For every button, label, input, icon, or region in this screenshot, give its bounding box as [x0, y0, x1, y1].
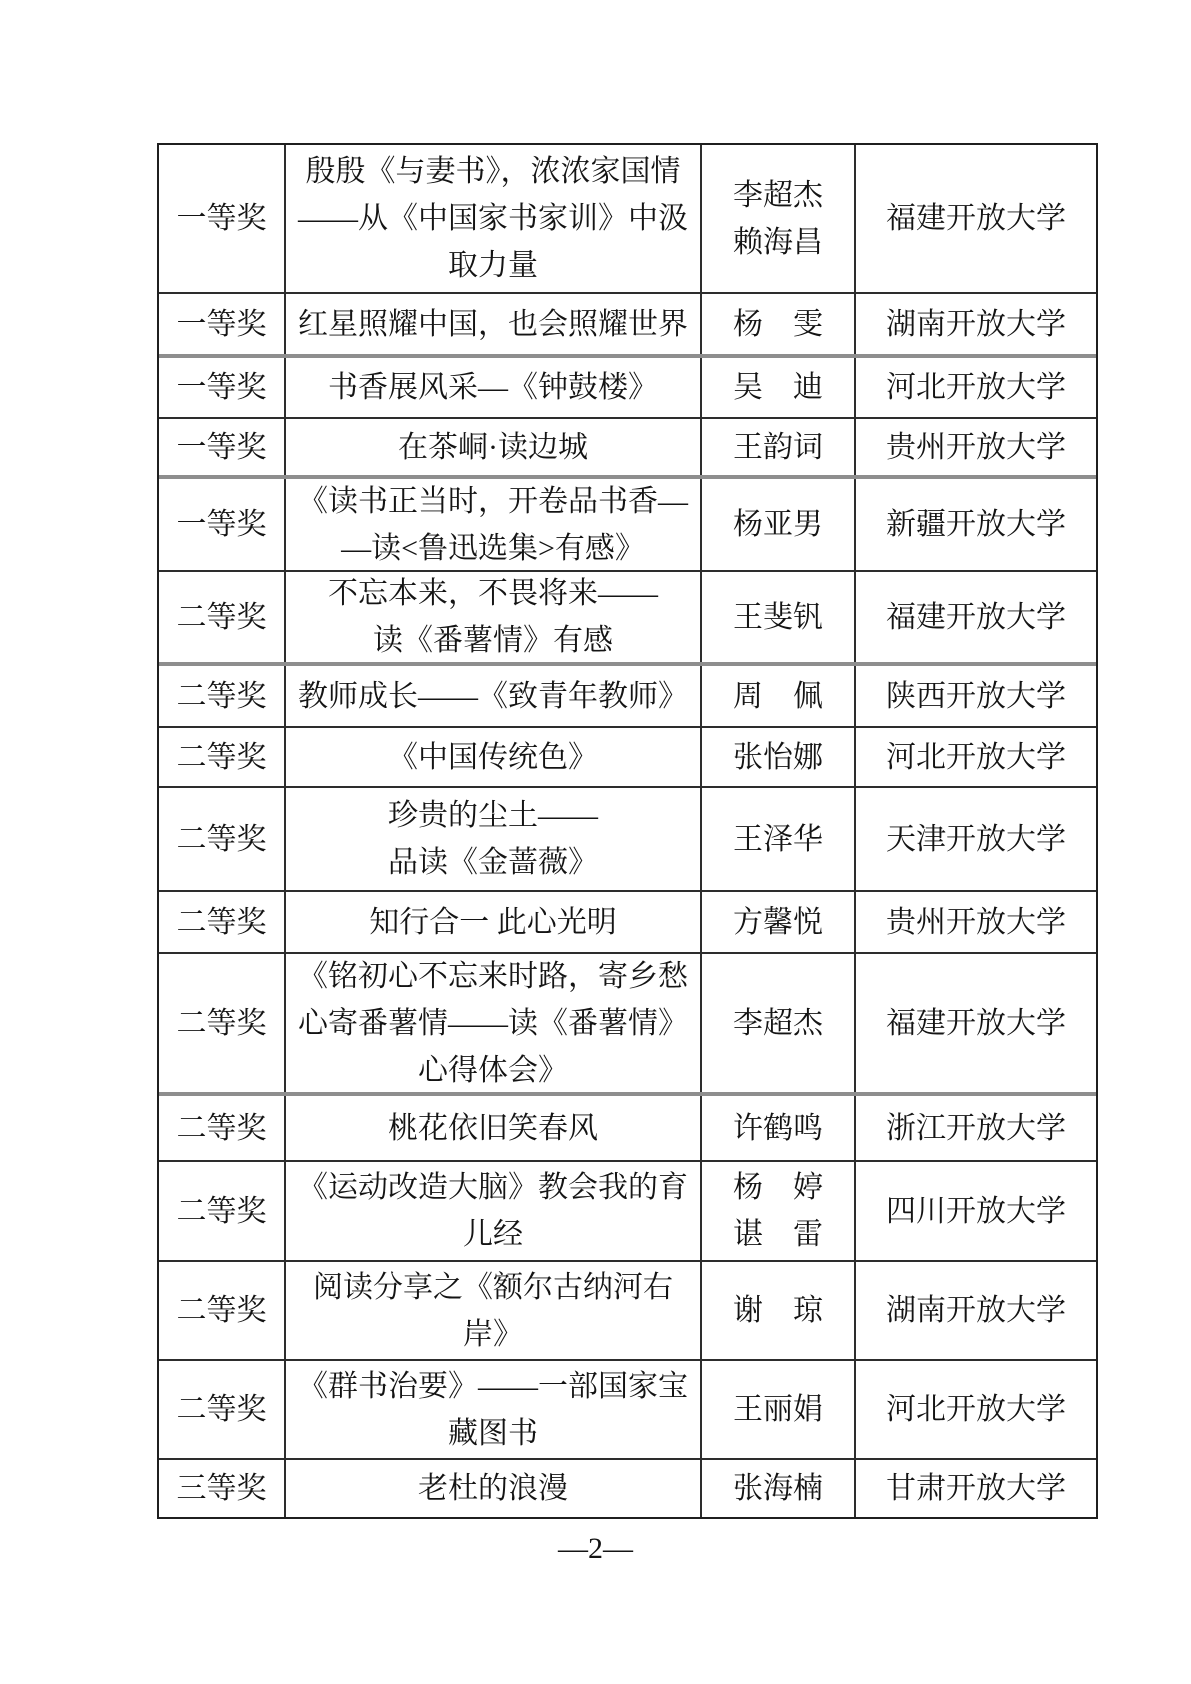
title-line: 《铭初心不忘来时路，寄乡愁 — [298, 954, 688, 1000]
title-line: 知行合一 此心光明 — [369, 899, 617, 946]
university-label: 河北开放大学 — [886, 364, 1066, 411]
award-label: 二等奖 — [177, 1000, 267, 1047]
university-label: 新疆开放大学 — [886, 501, 1066, 548]
author-cell: 王斐钒 — [702, 572, 856, 662]
author-name: 王泽华 — [733, 816, 823, 863]
university-cell: 四川开放大学 — [856, 1162, 1096, 1260]
author-cell: 李超杰赖海昌 — [702, 145, 856, 292]
title-line: 老杜的浪漫 — [418, 1465, 568, 1512]
award-cell: 二等奖 — [159, 788, 286, 890]
university-cell: 甘肃开放大学 — [856, 1460, 1096, 1517]
title-cell: 桃花依旧笑春风 — [286, 1096, 702, 1160]
award-cell: 二等奖 — [159, 892, 286, 952]
award-label: 二等奖 — [177, 1386, 267, 1433]
award-cell: 二等奖 — [159, 728, 286, 786]
university-label: 福建开放大学 — [886, 195, 1066, 242]
author-cell: 谢 琼 — [702, 1262, 856, 1359]
title-line: 心得体会》 — [418, 1047, 568, 1093]
author-cell: 周 佩 — [702, 666, 856, 726]
title-line: 读《番薯情》有感 — [373, 617, 613, 662]
university-label: 贵州开放大学 — [886, 899, 1066, 946]
award-table: 一等奖殷殷《与妻书》，浓浓家国情——从《中国家书家训》中汲取力量李超杰赖海昌福建… — [157, 143, 1098, 1519]
award-label: 二等奖 — [177, 673, 267, 720]
table-row: 二等奖知行合一 此心光明方馨悦贵州开放大学 — [159, 892, 1096, 954]
award-cell: 二等奖 — [159, 1096, 286, 1160]
author-name: 李超杰 — [733, 1000, 823, 1047]
university-label: 浙江开放大学 — [886, 1105, 1066, 1152]
author-name: 吴 迪 — [733, 364, 823, 411]
table-row: 二等奖《运动改造大脑》教会我的育儿经杨 婷谌 雷四川开放大学 — [159, 1162, 1096, 1262]
table-row: 二等奖《铭初心不忘来时路，寄乡愁心寄番薯情——读《番薯情》心得体会》李超杰福建开… — [159, 954, 1096, 1096]
table-row: 二等奖《中国传统色》张怡娜河北开放大学 — [159, 728, 1096, 788]
award-cell: 二等奖 — [159, 1162, 286, 1260]
table-row: 二等奖不忘本来，不畏将来——读《番薯情》有感王斐钒福建开放大学 — [159, 572, 1096, 666]
title-line: 藏图书 — [448, 1410, 538, 1457]
university-cell: 陕西开放大学 — [856, 666, 1096, 726]
award-cell: 二等奖 — [159, 666, 286, 726]
table-row: 二等奖教师成长——《致青年教师》周 佩陕西开放大学 — [159, 666, 1096, 728]
university-cell: 新疆开放大学 — [856, 479, 1096, 570]
award-cell: 二等奖 — [159, 1361, 286, 1458]
author-cell: 王丽娟 — [702, 1361, 856, 1458]
title-line: 红星照耀中国，也会照耀世界 — [298, 301, 688, 348]
author-name: 杨 婷 — [733, 1164, 823, 1211]
title-line: 殷殷《与妻书》，浓浓家国情 — [306, 148, 681, 195]
title-cell: 不忘本来，不畏将来——读《番薯情》有感 — [286, 572, 702, 662]
author-name: 杨亚男 — [733, 501, 823, 548]
table-row: 一等奖书香展风采—《钟鼓楼》吴 迪河北开放大学 — [159, 358, 1096, 419]
university-cell: 浙江开放大学 — [856, 1096, 1096, 1160]
title-cell: 《铭初心不忘来时路，寄乡愁心寄番薯情——读《番薯情》心得体会》 — [286, 954, 702, 1092]
university-label: 河北开放大学 — [886, 734, 1066, 781]
author-cell: 许鹤鸣 — [702, 1096, 856, 1160]
award-label: 二等奖 — [177, 816, 267, 863]
award-cell: 一等奖 — [159, 145, 286, 292]
award-label: 一等奖 — [177, 424, 267, 471]
award-label: 二等奖 — [177, 899, 267, 946]
award-label: 三等奖 — [177, 1465, 267, 1512]
author-name: 王丽娟 — [733, 1386, 823, 1433]
university-label: 四川开放大学 — [886, 1188, 1066, 1235]
title-line: ——从《中国家书家训》中汲 — [298, 195, 688, 242]
author-name: 许鹤鸣 — [733, 1105, 823, 1152]
award-label: 一等奖 — [177, 301, 267, 348]
award-cell: 一等奖 — [159, 294, 286, 354]
university-cell: 河北开放大学 — [856, 728, 1096, 786]
title-cell: 老杜的浪漫 — [286, 1460, 702, 1517]
title-cell: 殷殷《与妻书》，浓浓家国情——从《中国家书家训》中汲取力量 — [286, 145, 702, 292]
award-label: 一等奖 — [177, 195, 267, 242]
author-name: 王韵词 — [733, 424, 823, 471]
author-cell: 杨 雯 — [702, 294, 856, 354]
title-line: 教师成长——《致青年教师》 — [298, 673, 688, 720]
title-line: 岸》 — [463, 1311, 523, 1358]
university-label: 福建开放大学 — [886, 594, 1066, 641]
award-label: 二等奖 — [177, 734, 267, 781]
award-label: 二等奖 — [177, 1287, 267, 1334]
university-label: 甘肃开放大学 — [886, 1465, 1066, 1512]
award-label: 二等奖 — [177, 1188, 267, 1235]
award-cell: 二等奖 — [159, 1262, 286, 1359]
title-line: 桃花依旧笑春风 — [388, 1105, 598, 1152]
author-cell: 张怡娜 — [702, 728, 856, 786]
author-cell: 杨 婷谌 雷 — [702, 1162, 856, 1260]
title-line: 在茶峒·读边城 — [398, 424, 588, 471]
university-label: 贵州开放大学 — [886, 424, 1066, 471]
university-cell: 福建开放大学 — [856, 572, 1096, 662]
author-name: 谌 雷 — [733, 1211, 823, 1258]
award-label: 一等奖 — [177, 501, 267, 548]
title-line: —读<鲁迅选集>有感》 — [341, 525, 645, 571]
university-label: 湖南开放大学 — [886, 1287, 1066, 1334]
author-name: 赖海昌 — [733, 219, 823, 266]
author-name: 李超杰 — [733, 172, 823, 219]
title-cell: 阅读分享之《额尔古纳河右岸》 — [286, 1262, 702, 1359]
table-row: 一等奖在茶峒·读边城王韵词贵州开放大学 — [159, 419, 1096, 479]
table-row: 二等奖珍贵的尘土——品读《金蔷薇》王泽华天津开放大学 — [159, 788, 1096, 892]
author-cell: 杨亚男 — [702, 479, 856, 570]
table-row: 一等奖红星照耀中国，也会照耀世界杨 雯湖南开放大学 — [159, 294, 1096, 358]
university-cell: 福建开放大学 — [856, 145, 1096, 292]
author-cell: 李超杰 — [702, 954, 856, 1092]
author-name: 方馨悦 — [733, 899, 823, 946]
award-cell: 一等奖 — [159, 419, 286, 475]
university-cell: 河北开放大学 — [856, 358, 1096, 417]
title-line: 心寄番薯情——读《番薯情》 — [298, 1000, 688, 1047]
author-cell: 方馨悦 — [702, 892, 856, 952]
author-name: 周 佩 — [733, 673, 823, 720]
title-line: 品读《金蔷薇》 — [388, 839, 598, 886]
university-cell: 福建开放大学 — [856, 954, 1096, 1092]
university-label: 福建开放大学 — [886, 1000, 1066, 1047]
title-cell: 红星照耀中国，也会照耀世界 — [286, 294, 702, 354]
award-cell: 三等奖 — [159, 1460, 286, 1517]
table-row: 一等奖殷殷《与妻书》，浓浓家国情——从《中国家书家训》中汲取力量李超杰赖海昌福建… — [159, 145, 1096, 294]
title-line: 《读书正当时，开卷品书香— — [298, 479, 688, 525]
university-cell: 贵州开放大学 — [856, 892, 1096, 952]
title-line: 取力量 — [448, 242, 538, 289]
title-cell: 珍贵的尘土——品读《金蔷薇》 — [286, 788, 702, 890]
title-line: 不忘本来，不畏将来—— — [328, 572, 658, 617]
title-cell: 《群书治要》——一部国家宝藏图书 — [286, 1361, 702, 1458]
award-label: 二等奖 — [177, 1105, 267, 1152]
title-cell: 在茶峒·读边城 — [286, 419, 702, 475]
university-cell: 湖南开放大学 — [856, 1262, 1096, 1359]
author-cell: 吴 迪 — [702, 358, 856, 417]
award-cell: 二等奖 — [159, 572, 286, 662]
title-line: 《中国传统色》 — [388, 734, 598, 781]
award-cell: 一等奖 — [159, 358, 286, 417]
author-cell: 王韵词 — [702, 419, 856, 475]
author-name: 王斐钒 — [733, 594, 823, 641]
author-cell: 张海楠 — [702, 1460, 856, 1517]
title-cell: 《读书正当时，开卷品书香——读<鲁迅选集>有感》 — [286, 479, 702, 570]
award-label: 二等奖 — [177, 594, 267, 641]
title-line: 书香展风采—《钟鼓楼》 — [328, 364, 658, 411]
title-line: 阅读分享之《额尔古纳河右 — [313, 1264, 673, 1311]
university-cell: 河北开放大学 — [856, 1361, 1096, 1458]
author-name: 张怡娜 — [733, 734, 823, 781]
table-row: 二等奖阅读分享之《额尔古纳河右岸》谢 琼湖南开放大学 — [159, 1262, 1096, 1361]
award-cell: 一等奖 — [159, 479, 286, 570]
title-line: 《运动改造大脑》教会我的育 — [298, 1164, 688, 1211]
table-row: 三等奖老杜的浪漫张海楠甘肃开放大学 — [159, 1460, 1096, 1517]
author-cell: 王泽华 — [702, 788, 856, 890]
document-page: 一等奖殷殷《与妻书》，浓浓家国情——从《中国家书家训》中汲取力量李超杰赖海昌福建… — [0, 0, 1191, 1684]
title-cell: 《中国传统色》 — [286, 728, 702, 786]
title-cell: 知行合一 此心光明 — [286, 892, 702, 952]
university-cell: 贵州开放大学 — [856, 419, 1096, 475]
title-line: 珍贵的尘土—— — [388, 792, 598, 839]
award-label: 一等奖 — [177, 364, 267, 411]
page-number: —2— — [0, 1533, 1191, 1565]
author-name: 谢 琼 — [733, 1287, 823, 1334]
table-row: 二等奖桃花依旧笑春风许鹤鸣浙江开放大学 — [159, 1096, 1096, 1162]
title-cell: 教师成长——《致青年教师》 — [286, 666, 702, 726]
university-label: 陕西开放大学 — [886, 673, 1066, 720]
university-cell: 湖南开放大学 — [856, 294, 1096, 354]
author-name: 张海楠 — [733, 1465, 823, 1512]
table-row: 一等奖《读书正当时，开卷品书香——读<鲁迅选集>有感》杨亚男新疆开放大学 — [159, 479, 1096, 572]
title-cell: 《运动改造大脑》教会我的育儿经 — [286, 1162, 702, 1260]
university-cell: 天津开放大学 — [856, 788, 1096, 890]
author-name: 杨 雯 — [733, 301, 823, 348]
university-label: 湖南开放大学 — [886, 301, 1066, 348]
university-label: 河北开放大学 — [886, 1386, 1066, 1433]
title-line: 儿经 — [463, 1211, 523, 1258]
table-row: 二等奖《群书治要》——一部国家宝藏图书王丽娟河北开放大学 — [159, 1361, 1096, 1460]
title-cell: 书香展风采—《钟鼓楼》 — [286, 358, 702, 417]
award-cell: 二等奖 — [159, 954, 286, 1092]
university-label: 天津开放大学 — [886, 816, 1066, 863]
title-line: 《群书治要》——一部国家宝 — [298, 1363, 688, 1410]
